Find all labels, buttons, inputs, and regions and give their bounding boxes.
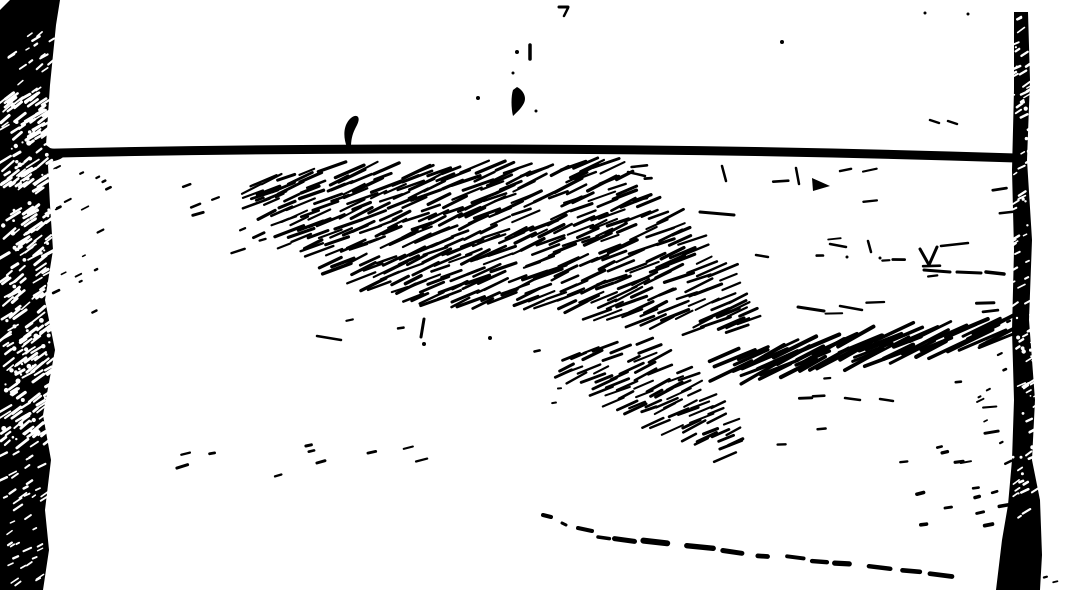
sparse-marks (53, 7, 1057, 582)
hatch-field-main (242, 158, 760, 335)
right-post (996, 12, 1042, 590)
bottom-dashed-line (598, 537, 952, 577)
engraving-svg (0, 0, 1077, 590)
perched-bird (344, 116, 358, 147)
hatch-band-right (710, 310, 1023, 384)
hatch-field-mid (555, 338, 742, 462)
left-post (0, 0, 60, 590)
engraving-canvas (0, 0, 1077, 590)
telegraph-wire (8, 147, 1016, 163)
